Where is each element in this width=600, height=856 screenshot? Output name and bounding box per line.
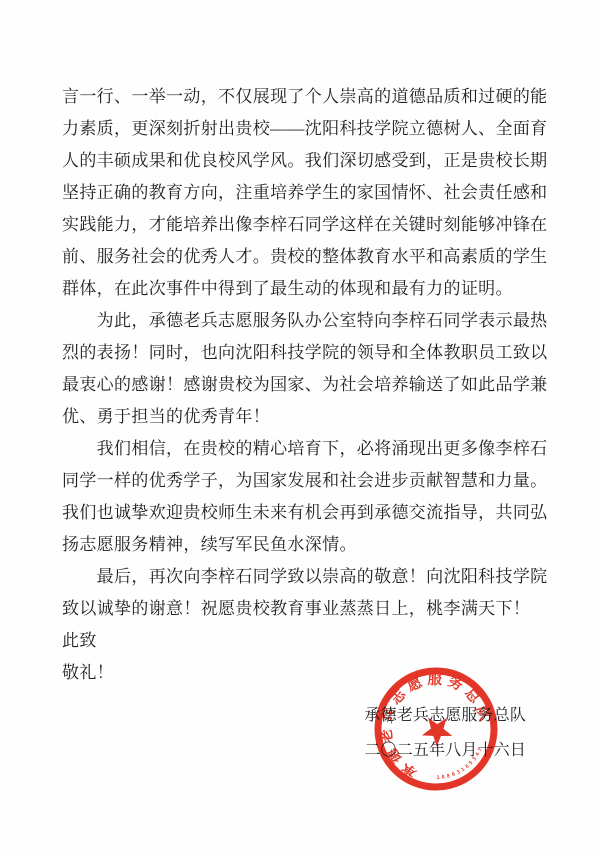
text-line: 前、服务社会的优秀人才。贵校的整体教育水平和高素质的学生 <box>62 241 542 273</box>
signature-block: 承德老兵志愿服务总队 二〇二五年八月十六日 <box>364 698 526 768</box>
text-line: 实践能力，才能培养出像李梓石同学这样在关键时刻能够冲锋在 <box>62 209 542 241</box>
text-line: 烈的表扬！同时，也向沈阳科技学院的领导和全体教职员工致以 <box>62 337 542 369</box>
signature-org: 承德老兵志愿服务总队 <box>364 698 526 733</box>
text-line: 最衷心的感谢！感谢贵校为国家、为社会培养输送了如此品学兼 <box>62 369 542 401</box>
text-line: 最后，再次向李梓石同学致以崇高的敬意！向沈阳科技学院 <box>62 561 542 593</box>
letter-page: 言一行、一举一动，不仅展现了个人崇高的道德品质和过硬的能力素质，更深刻折射出贵校… <box>0 0 600 856</box>
letter-body: 言一行、一举一动，不仅展现了个人崇高的道德品质和过硬的能力素质，更深刻折射出贵校… <box>62 81 542 689</box>
text-line: 群体，在此次事件中得到了最生动的体现和最有力的证明。 <box>62 273 542 305</box>
text-line: 扬志愿服务精神，续写军民鱼水深情。 <box>62 529 542 561</box>
text-line: 我们也诚挚欢迎贵校师生未来有机会再到承德交流指导，共同弘 <box>62 497 542 529</box>
text-line: 此致 <box>62 625 542 657</box>
text-line: 致以诚挚的谢意！祝愿贵校教育事业蒸蒸日上，桃李满天下！ <box>62 593 542 625</box>
text-line: 坚持正确的教育方向，注重培养学生的家国情怀、社会责任感和 <box>62 177 542 209</box>
text-line: 力素质，更深刻折射出贵校——沈阳科技学院立德树人、全面育 <box>62 113 542 145</box>
text-line: 同学一样的优秀学子，为国家发展和社会进步贡献智慧和力量。 <box>62 465 542 497</box>
text-line: 为此，承德老兵志愿服务队办公室特向李梓石同学表示最热 <box>62 305 542 337</box>
signature-date: 二〇二五年八月十六日 <box>364 733 526 768</box>
text-line: 我们相信，在贵校的精心培育下，必将涌现出更多像李梓石 <box>62 433 542 465</box>
text-line: 人的丰硕成果和优良校风学风。我们深切感受到，正是贵校长期 <box>62 145 542 177</box>
text-line: 言一行、一举一动，不仅展现了个人崇高的道德品质和过硬的能 <box>62 81 542 113</box>
text-line: 优、勇于担当的优秀青年！ <box>62 401 542 433</box>
